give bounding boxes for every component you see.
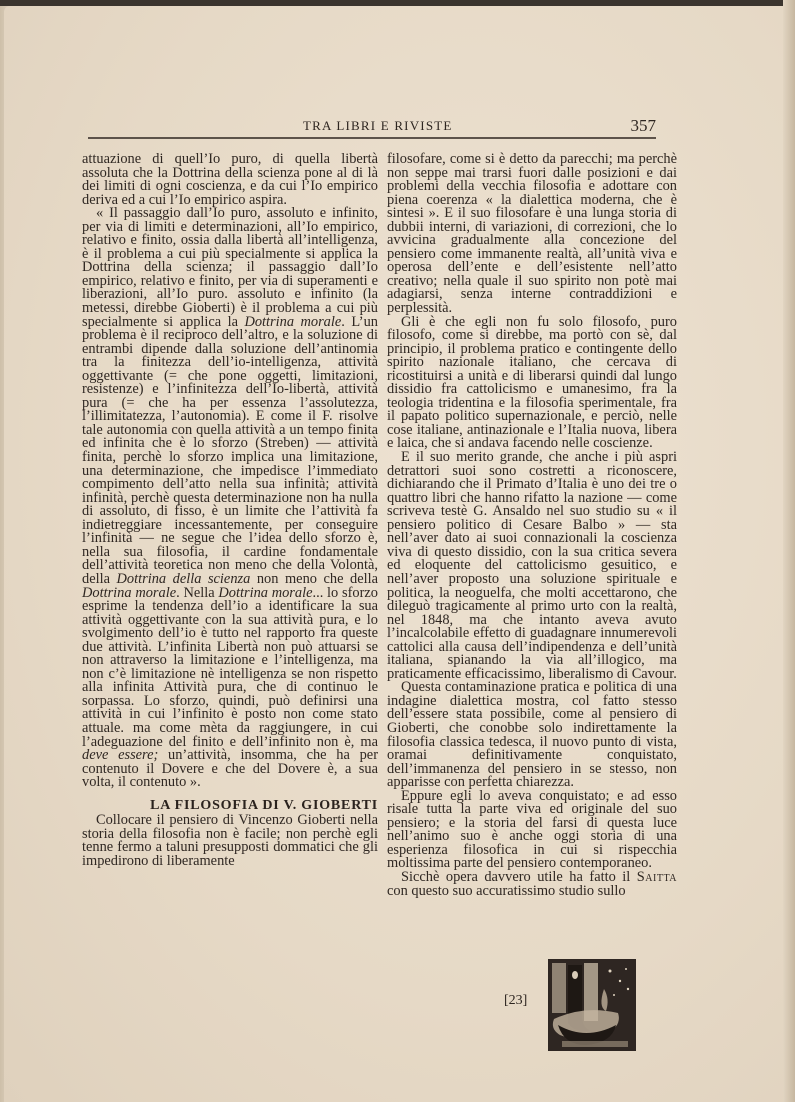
running-title: TRA LIBRI E RIVISTE xyxy=(303,118,453,134)
paragraph: attuazione di quell’Io puro, di quella l… xyxy=(82,153,378,207)
right-column: filosofare, come si è detto da parecchi;… xyxy=(387,153,677,898)
paragraph: Gli è che egli non fu solo filosofo, pur… xyxy=(387,316,677,451)
section-title: LA FILOSOFIA DI V. GIOBERTI xyxy=(82,799,378,813)
paragraph: Collocare il pensiero di Vincenzo Giober… xyxy=(82,814,378,868)
header-rule xyxy=(88,137,656,139)
paragraph: Questa contaminazione pratica e politica… xyxy=(387,681,677,789)
quotation-paragraph: « Il passaggio dall’Io puro, assoluto e … xyxy=(82,207,378,790)
left-column: attuazione di quell’Io puro, di quella l… xyxy=(82,153,378,868)
page-edge xyxy=(783,0,795,1102)
woodcut-vignette-icon xyxy=(548,959,636,1051)
page-number: 357 xyxy=(631,116,657,136)
paragraph: Eppure egli lo aveva conquistato; e ad e… xyxy=(387,790,677,871)
author-name-smallcaps: Saitta xyxy=(637,869,677,885)
paragraph: E il suo merito grande, che anche i più … xyxy=(387,451,677,681)
lamp-woodcut-icon xyxy=(548,959,636,1051)
paragraph: Sicchè opera davvero utile ha fatto il S… xyxy=(387,871,677,898)
paragraph: filosofare, come si è detto da parecchi;… xyxy=(387,153,677,316)
signature-folio: [23] xyxy=(504,993,527,1009)
